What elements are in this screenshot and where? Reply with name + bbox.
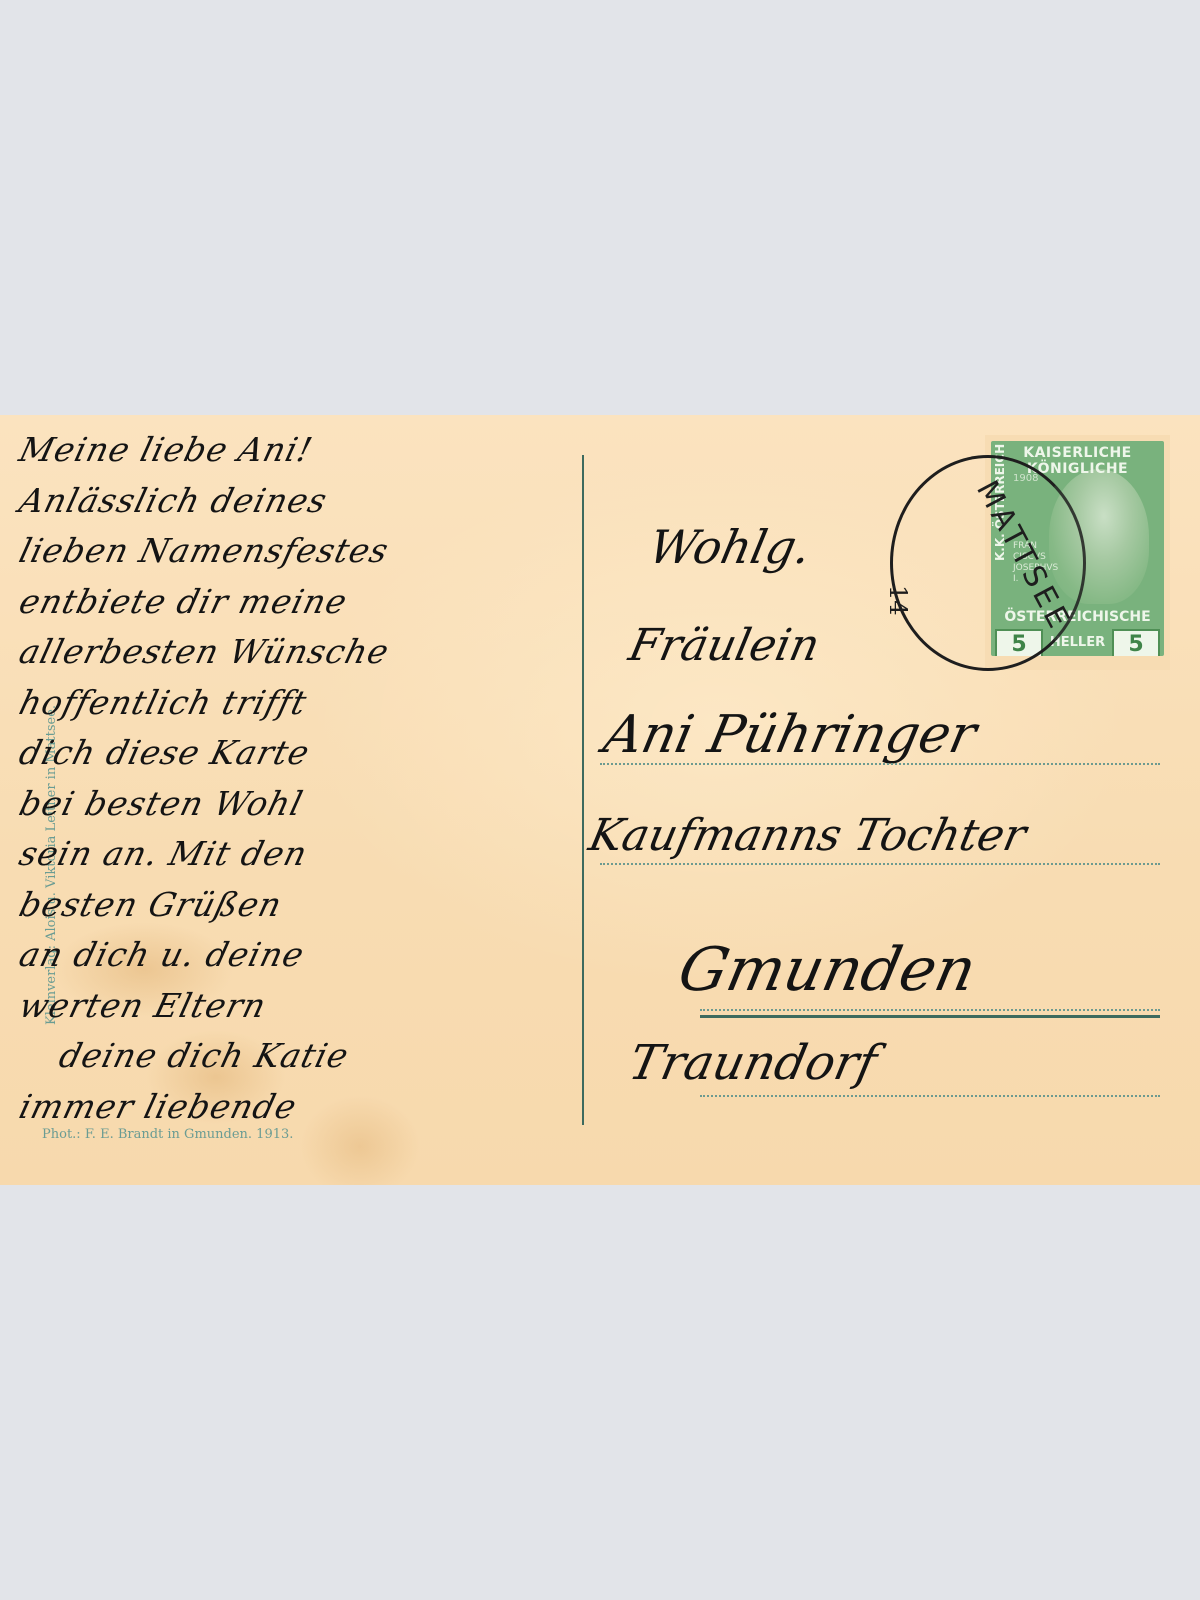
photo-credit: Phot.: F. E. Brandt in Gmunden. 1913. [42, 1127, 293, 1142]
message-line: lieben Namensfestes [14, 526, 627, 577]
message-line: bei besten Wohl [14, 779, 627, 830]
address-title: Fräulein [625, 620, 824, 671]
divider-line [582, 455, 584, 1125]
message-line: Anlässlich deines [14, 476, 627, 527]
address-dotted-line [700, 1095, 1160, 1097]
postmark-day: 14 [884, 585, 912, 616]
address-dotted-line [700, 1009, 1160, 1011]
message-line: immer liebende [14, 1082, 627, 1133]
address-district: Traundorf [624, 1035, 882, 1091]
message-line: an dich u. deine [14, 930, 627, 981]
message-line: dich diese Karte [14, 728, 627, 779]
stamp-value-right: 5 [1112, 629, 1160, 656]
message-line: deine dich Katie [14, 1031, 627, 1082]
address-underline [700, 1015, 1160, 1018]
message-line: allerbesten Wünsche [14, 627, 627, 678]
postcard: Kleinverlag: Alois u. Viktoria Leitner i… [0, 415, 1200, 1185]
message-line: entbiete dir meine [14, 577, 627, 628]
address-dotted-line [600, 763, 1160, 765]
message-line: werten Eltern [14, 981, 627, 1032]
address-name: Ani Pühringer [599, 705, 982, 765]
handwritten-message: Meine liebe Ani! Anlässlich deines liebe… [20, 425, 620, 1132]
address-salutation: Wohlg. [644, 520, 816, 574]
message-line: sein an. Mit den [14, 829, 627, 880]
address-dotted-line [600, 863, 1160, 865]
address-line-2: Kaufmanns Tochter [585, 810, 1031, 861]
message-line: Meine liebe Ani! [14, 425, 627, 476]
message-line: hoffentlich trifft [14, 678, 627, 729]
message-line: besten Grüßen [14, 880, 627, 931]
address-city: Gmunden [673, 935, 983, 1005]
